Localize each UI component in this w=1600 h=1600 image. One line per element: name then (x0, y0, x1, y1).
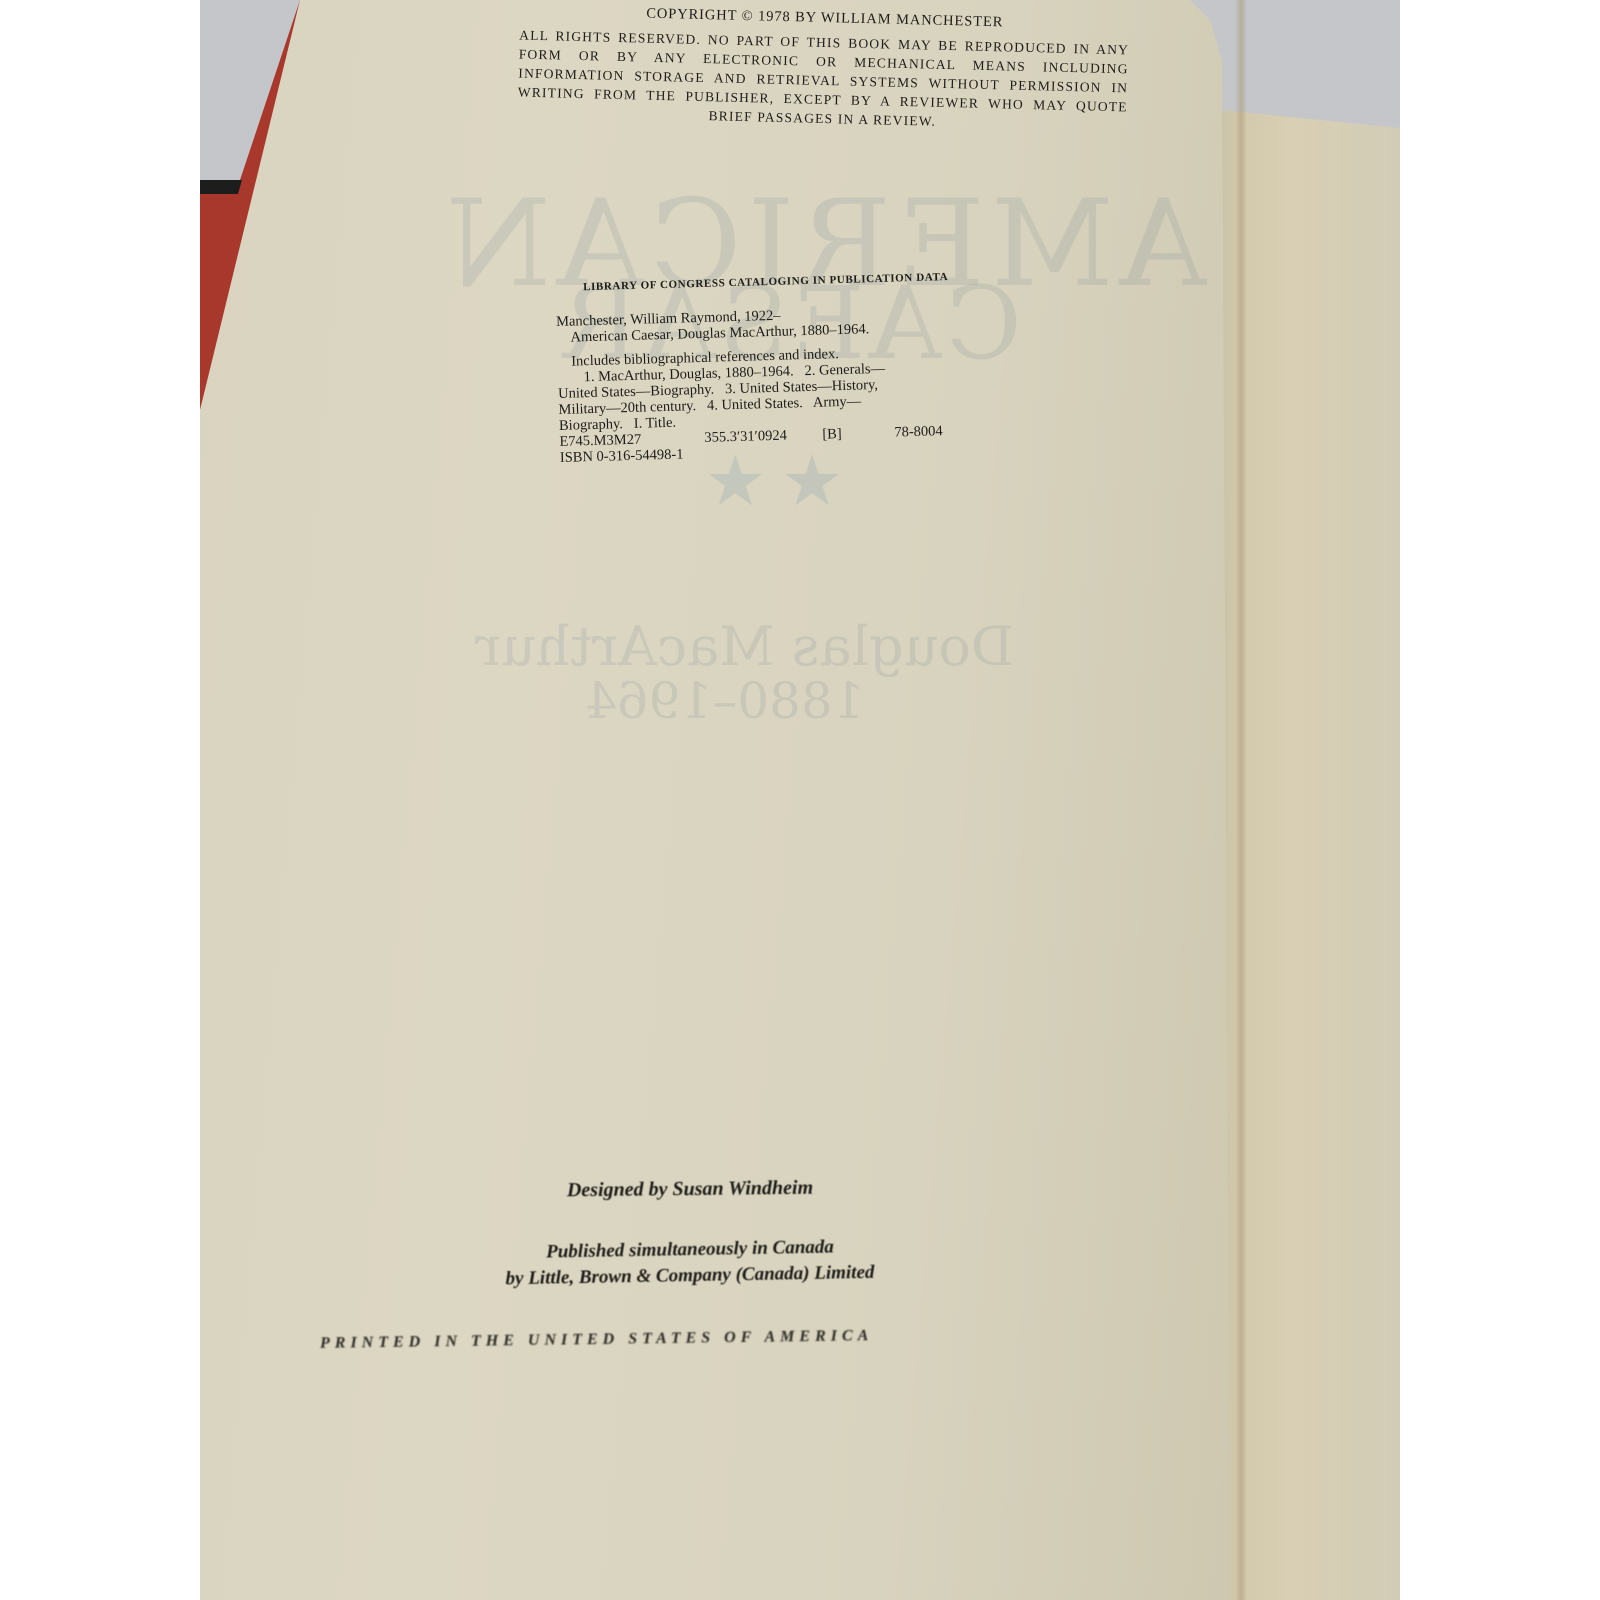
book-photo: AMERICAN CAESAR ★★ Douglas MacArthur 188… (200, 0, 1400, 1600)
rights-reserved-text: ALL RIGHTS RESERVED. NO PART OF THIS BOO… (517, 26, 1129, 136)
designer-credit: Designed by Susan Windheim (370, 1175, 1010, 1205)
copyright-page: AMERICAN CAESAR ★★ Douglas MacArthur 188… (200, 0, 1230, 1600)
printed-in-usa: Printed in the United States of America (320, 1325, 1020, 1353)
credits-block: Designed by Susan Windheim Published sim… (370, 1178, 1010, 1289)
cover-shadow (200, 180, 242, 194)
copyright-notice: COPYRIGHT © 1978 BY WILLIAM MANCHESTER A… (517, 3, 1130, 136)
show-through-subject-name: Douglas MacArthur (475, 615, 1014, 678)
facing-page (1220, 110, 1400, 1600)
lccn: 78-8004 (894, 423, 943, 440)
show-through-years: 1880–1964 (585, 672, 865, 730)
cip-data-block: Library of Congress Cataloging in Public… (555, 270, 1000, 466)
dewey-number: 355.3′31′0924 (704, 427, 822, 446)
biography-code: [B] (822, 425, 894, 443)
page-gutter (1235, 0, 1247, 1600)
